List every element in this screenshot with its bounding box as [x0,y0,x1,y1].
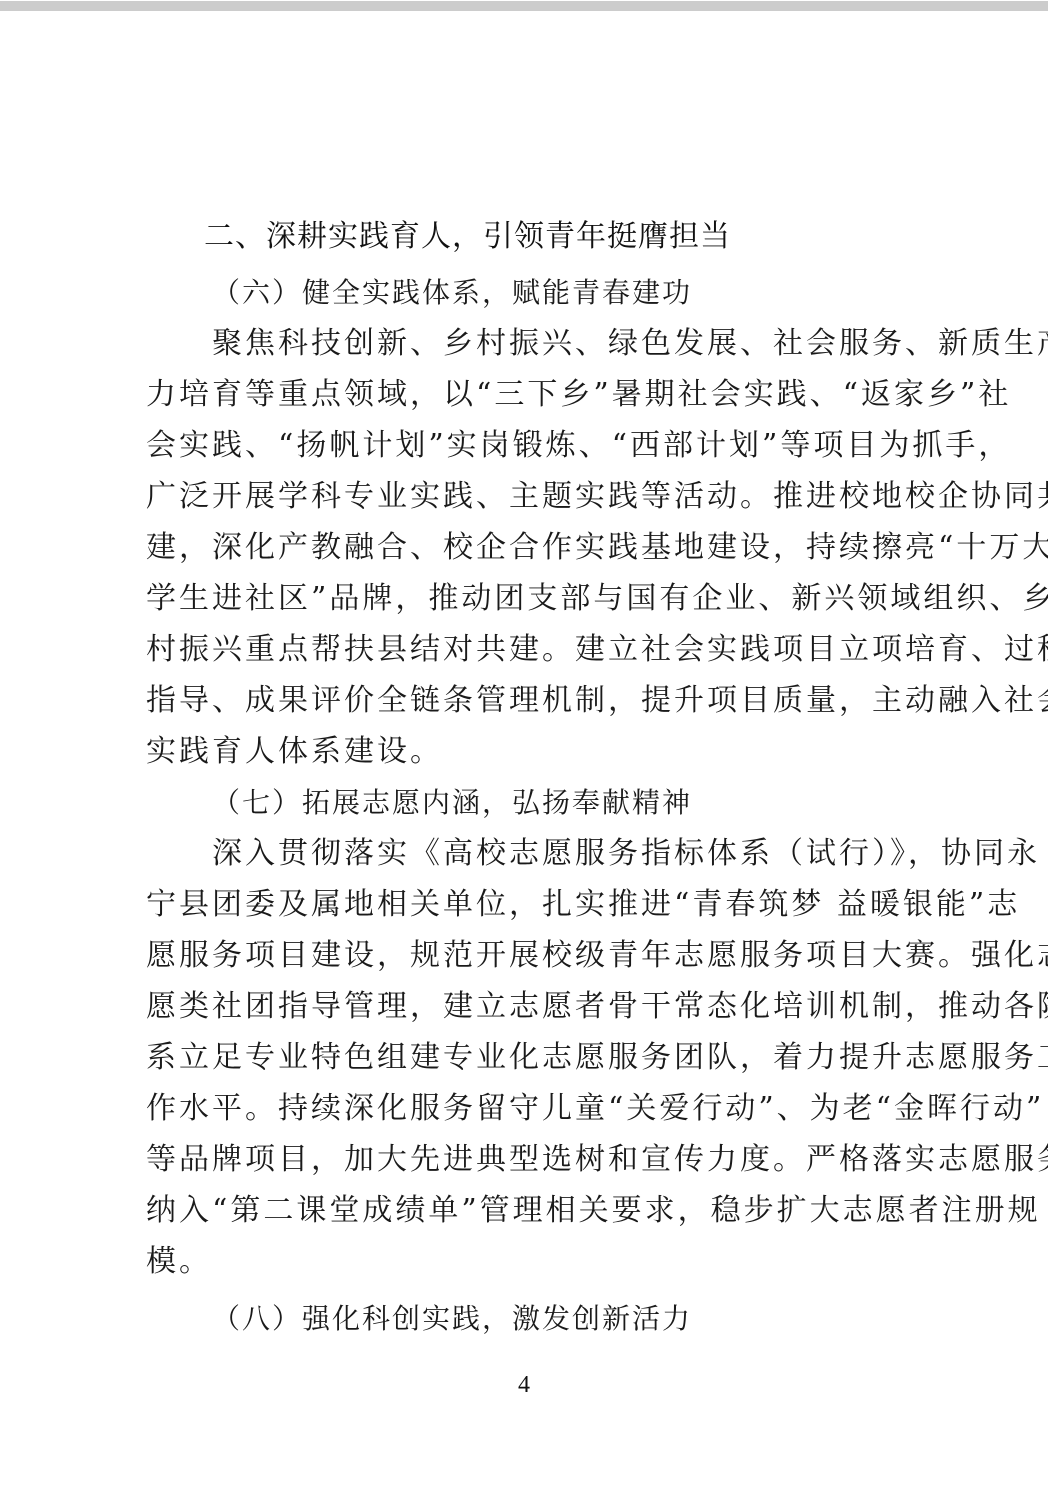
text-line: 系立足专业特色组建专业化志愿服务团队，着力提升志愿服务工 [146,1032,946,1083]
text-line: 作水平。持续深化服务留守儿童“关爱行动”、为老“金晖行动” [146,1083,946,1134]
text-line: 广泛开展学科专业实践、主题实践等活动。推进校地校企协同共 [146,471,946,522]
text-line: 建，深化产教融合、校企合作实践基地建设，持续擦亮“十万大 [146,522,946,573]
text-line: 村振兴重点帮扶县结对共建。建立社会实践项目立项培育、过程 [146,624,946,675]
text-line: 纳入“第二课堂成绩单”管理相关要求，稳步扩大志愿者注册规 [146,1185,946,1236]
page-number: 4 [0,1372,1048,1399]
subsection-heading-8: （八）强化科创实践，激发创新活力 [146,1293,946,1344]
document-page: 二、深耕实践育人，引领青年挺膺担当 （六）健全实践体系，赋能青春建功 聚焦科技创… [146,215,946,1344]
subsection-heading-6: （六）健全实践体系，赋能青春建功 [146,267,946,318]
text-line: 模。 [146,1236,946,1287]
text-line: 愿类社团指导管理，建立志愿者骨干常态化培训机制，推动各院 [146,981,946,1032]
text-line: 力培育等重点领域，以“三下乡”暑期社会实践、“返家乡”社 [146,369,946,420]
paragraph-practice-system: 聚焦科技创新、乡村振兴、绿色发展、社会服务、新质生产 力培育等重点领域，以“三下… [146,318,946,777]
text-line: 聚焦科技创新、乡村振兴、绿色发展、社会服务、新质生产 [146,318,946,369]
text-line: 会实践、“扬帆计划”实岗锻炼、“西部计划”等项目为抓手， [146,420,946,471]
top-scroll-bar [0,1,1048,11]
paragraph-volunteer-service: 深入贯彻落实《高校志愿服务指标体系（试行）》，协同永 宁县团委及属地相关单位，扎… [146,828,946,1287]
text-line: 学生进社区”品牌，推动团支部与国有企业、新兴领域组织、乡 [146,573,946,624]
text-line: 宁县团委及属地相关单位，扎实推进“青春筑梦 益暖银能”志 [146,879,946,930]
text-line: 愿服务项目建设，规范开展校级青年志愿服务项目大赛。强化志 [146,930,946,981]
subsection-heading-7: （七）拓展志愿内涵，弘扬奉献精神 [146,777,946,828]
text-line: 等品牌项目，加大先进典型选树和宣传力度。严格落实志愿服务 [146,1134,946,1185]
text-line: 实践育人体系建设。 [146,726,946,777]
section-heading: 二、深耕实践育人，引领青年挺膺担当 [146,215,946,259]
text-line: 指导、成果评价全链条管理机制，提升项目质量，主动融入社会 [146,675,946,726]
text-line: 深入贯彻落实《高校志愿服务指标体系（试行）》，协同永 [146,828,946,879]
